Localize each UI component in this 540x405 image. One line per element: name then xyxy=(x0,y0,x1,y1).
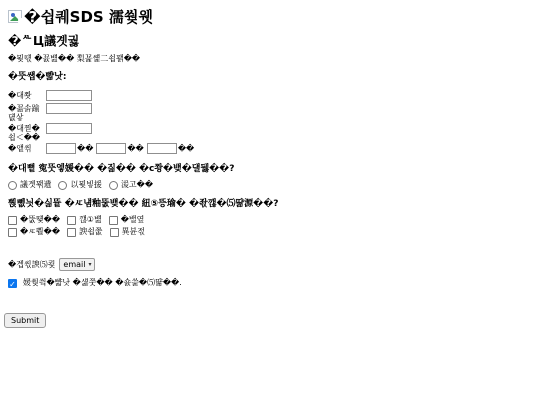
q2-option-2[interactable]: 깮①뱶 xyxy=(67,215,102,225)
q2-option-1-label: �뚮떛�� xyxy=(20,215,60,225)
survey-page: �쉽퀘SDS 濡쒖웻 �ᄮЦ議곗궗 �묒떇 �꾨뱶�� 梨꾩썙二쇱꽭�� �뚯썝… xyxy=(0,0,540,328)
q2-option-5-label: 諛쇱쭚 xyxy=(79,227,102,237)
survey-heading: �ᄮЦ議곗궗 xyxy=(8,34,532,48)
checkbox-icon[interactable] xyxy=(8,228,17,237)
checkbox-icon[interactable] xyxy=(109,216,118,225)
broken-image-icon xyxy=(8,10,22,23)
question-1-options: 議곗꽦遺 以묒빟援 湲고�� xyxy=(8,180,532,190)
contact-method-select[interactable]: email ▾ xyxy=(59,258,95,271)
email-field-row: �대찓�쇱＜�� xyxy=(8,123,532,142)
checkbox-icon[interactable] xyxy=(110,228,119,237)
question-2: 뿭뻾늿�싦뜥 �ㅼ냼釉뚮뱾�� 紐⑤뜽瑜� �좏깮�⑸땲源��? xyxy=(8,199,532,210)
consent-row: ✓ 媛쒖씤�뺣낫 �섏쭛�� �숈쓽�⑸땲��. xyxy=(8,278,532,288)
birthday-label: �앹씪 xyxy=(8,143,46,153)
q2-option-3[interactable]: �밸옆 xyxy=(109,215,145,225)
phone-input[interactable] xyxy=(46,103,92,114)
consent-checkbox[interactable]: ✓ xyxy=(8,279,17,288)
instructions-text: �묒떇 �꾨뱶�� 梨꾩썙二쇱꽭�� xyxy=(8,54,532,64)
checkbox-icon[interactable] xyxy=(67,216,76,225)
page-header: �쉽퀘SDS 濡쒖웻 xyxy=(8,9,532,26)
birthday-field-row: �앹씪 �� �� �� xyxy=(8,143,532,155)
name-field-row: �대쫫 xyxy=(8,90,532,102)
q1-option-3[interactable]: 湲고�� xyxy=(109,180,153,190)
chevron-down-icon: ▾ xyxy=(88,261,91,268)
consent-label: 媛쒖씤�뺣낫 �섏쭛�� �숈쓽�⑸땲��. xyxy=(23,278,182,288)
q1-option-1[interactable]: 議곗꽦遺 xyxy=(8,180,51,190)
submit-button[interactable]: Submit xyxy=(4,313,46,328)
contact-method-selected-value: email xyxy=(63,260,85,269)
q1-option-2-label: 以묒빟援 xyxy=(70,180,101,190)
q1-option-3-label: 湲고�� xyxy=(121,180,153,190)
contact-method-label: �곕씫諛⑸쾿 xyxy=(8,259,55,270)
q2-option-6[interactable]: 異뷴젃 xyxy=(110,227,145,237)
q2-option-3-label: �밸옆 xyxy=(121,215,145,225)
birth-month-input[interactable] xyxy=(96,143,126,154)
q2-option-4-label: �ㅼ뿰�� xyxy=(20,227,60,237)
phone-field-row: �꾪솕踰덊샇 xyxy=(8,103,532,122)
name-input[interactable] xyxy=(46,90,92,101)
email-input[interactable] xyxy=(46,123,92,134)
birth-year-unit: �� xyxy=(77,143,93,154)
email-label: �대찓�쇱＜�� xyxy=(8,123,46,142)
radio-icon[interactable] xyxy=(58,181,67,190)
q1-option-2[interactable]: 以묒빟援 xyxy=(58,180,101,190)
radio-icon[interactable] xyxy=(109,181,118,190)
q2-option-5[interactable]: 諛쇱쭚 xyxy=(67,227,102,237)
phone-label: �꾪솕踰덊샇 xyxy=(8,103,46,122)
checkbox-icon[interactable] xyxy=(8,216,17,225)
birth-day-unit: �� xyxy=(178,143,194,154)
q1-option-1-label: 議곗꽦遺 xyxy=(20,180,51,190)
member-info-heading: �뚯썝�뺣낫: xyxy=(8,72,532,83)
birth-day-input[interactable] xyxy=(147,143,177,154)
contact-method-row: �곕씫諛⑸쾿 email ▾ xyxy=(8,258,532,271)
question-1: �대뼡 寃뚯엫媛�� �짊�� �с쫭�뱾�덀뒗��? xyxy=(8,164,532,175)
birth-year-input[interactable] xyxy=(46,143,76,154)
question-2-options-row-2: �ㅼ뿰�� 諛쇱쭚 異뷴젃 xyxy=(8,227,532,237)
page-title: �쉽퀘SDS 濡쒖웻 xyxy=(24,9,153,26)
q2-option-2-label: 깮①뱶 xyxy=(79,215,102,225)
q2-option-1[interactable]: �뚮떛�� xyxy=(8,215,60,225)
question-2-options-row-1: �뚮떛�� 깮①뱶 �밸옆 xyxy=(8,215,532,225)
q2-option-4[interactable]: �ㅼ뿰�� xyxy=(8,227,60,237)
birth-month-unit: �� xyxy=(127,143,143,154)
q2-option-6-label: 異뷴젃 xyxy=(122,227,145,237)
checkbox-icon[interactable] xyxy=(67,228,76,237)
name-label: �대쫫 xyxy=(8,90,46,100)
radio-icon[interactable] xyxy=(8,181,17,190)
